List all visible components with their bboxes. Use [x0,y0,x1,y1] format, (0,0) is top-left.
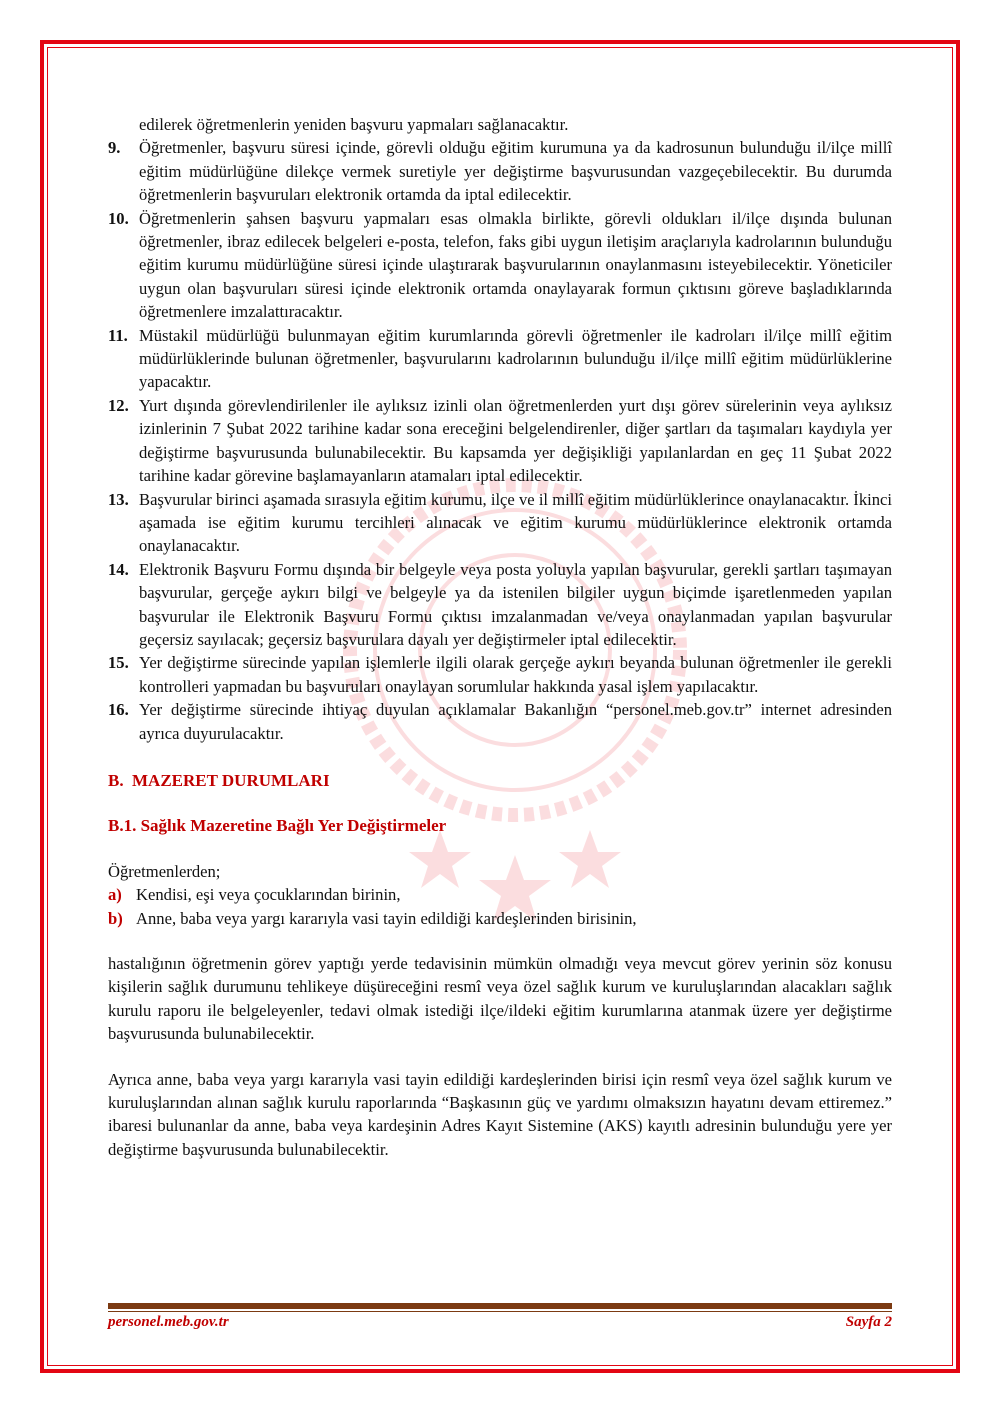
list-text: Müstakil müdürlüğü bulunmayan eğitim kur… [139,324,892,394]
section-heading: B.MAZERET DURUMLARI [108,769,892,792]
footer-website-link[interactable]: personel.meb.gov.tr [108,1314,229,1331]
list-item: 15. Yer değiştirme sürecinde yapılan işl… [108,651,892,698]
list-text: Yer değiştirme sürecinde yapılan işlemle… [139,651,892,698]
list-item-continuation: edilerek öğretmenlerin yeniden başvuru y… [108,113,892,136]
list-text: Yurt dışında görevlendirilenler ile aylı… [139,394,892,488]
list-item: 12. Yurt dışında görevlendirilenler ile … [108,394,892,488]
sub-list-text: Kendisi, eşi veya çocuklarından birinin, [136,883,401,906]
list-item: 9. Öğretmenler, başvuru süresi içinde, g… [108,136,892,206]
list-number: 16. [108,698,139,745]
list-text: Öğretmenler, başvuru süresi içinde, göre… [139,136,892,206]
section-title: MAZERET DURUMLARI [132,771,330,790]
footer-divider-thin [108,1311,892,1312]
list-item: 14. Elektronik Başvuru Formu dışında bir… [108,558,892,652]
sub-list-text: Anne, baba veya yargı kararıyla vasi tay… [136,907,637,930]
list-number: 11. [108,324,139,394]
list-item: 11. Müstakil müdürlüğü bulunmayan eğitim… [108,324,892,394]
list-text: Yer değiştirme sürecinde ihtiyaç duyulan… [139,698,892,745]
list-number: 14. [108,558,139,652]
list-number: 12. [108,394,139,488]
list-item: 13. Başvurular birinci aşamada sırasıyla… [108,488,892,558]
paragraph: Ayrıca anne, baba veya yargı kararıyla v… [108,1068,892,1162]
sub-list-item: a) Kendisi, eşi veya çocuklarından birin… [108,883,892,906]
list-text: Öğretmenlerin şahsen başvuru yapmaları e… [139,207,892,324]
page-number: Sayfa 2 [846,1314,892,1331]
list-text: Elektronik Başvuru Formu dışında bir bel… [139,558,892,652]
subsection-heading: B.1. Sağlık Mazeretine Bağlı Yer Değişti… [108,814,892,837]
list-number: 9. [108,136,139,206]
sub-list-letter: b) [108,907,136,930]
document-body: edilerek öğretmenlerin yeniden başvuru y… [108,113,892,1161]
list-number: 15. [108,651,139,698]
list-item: 16. Yer değiştirme sürecinde ihtiyaç duy… [108,698,892,745]
list-number: 13. [108,488,139,558]
section-letter: B. [108,769,132,792]
lead-text: Öğretmenlerden; [108,860,892,883]
sub-list-item: b) Anne, baba veya yargı kararıyla vasi … [108,907,892,930]
sub-list-letter: a) [108,883,136,906]
footer-divider [108,1303,892,1309]
paragraph: hastalığının öğretmenin görev yaptığı ye… [108,952,892,1046]
list-number: 10. [108,207,139,324]
list-text: Başvurular birinci aşamada sırasıyla eği… [139,488,892,558]
list-item: 10. Öğretmenlerin şahsen başvuru yapmala… [108,207,892,324]
